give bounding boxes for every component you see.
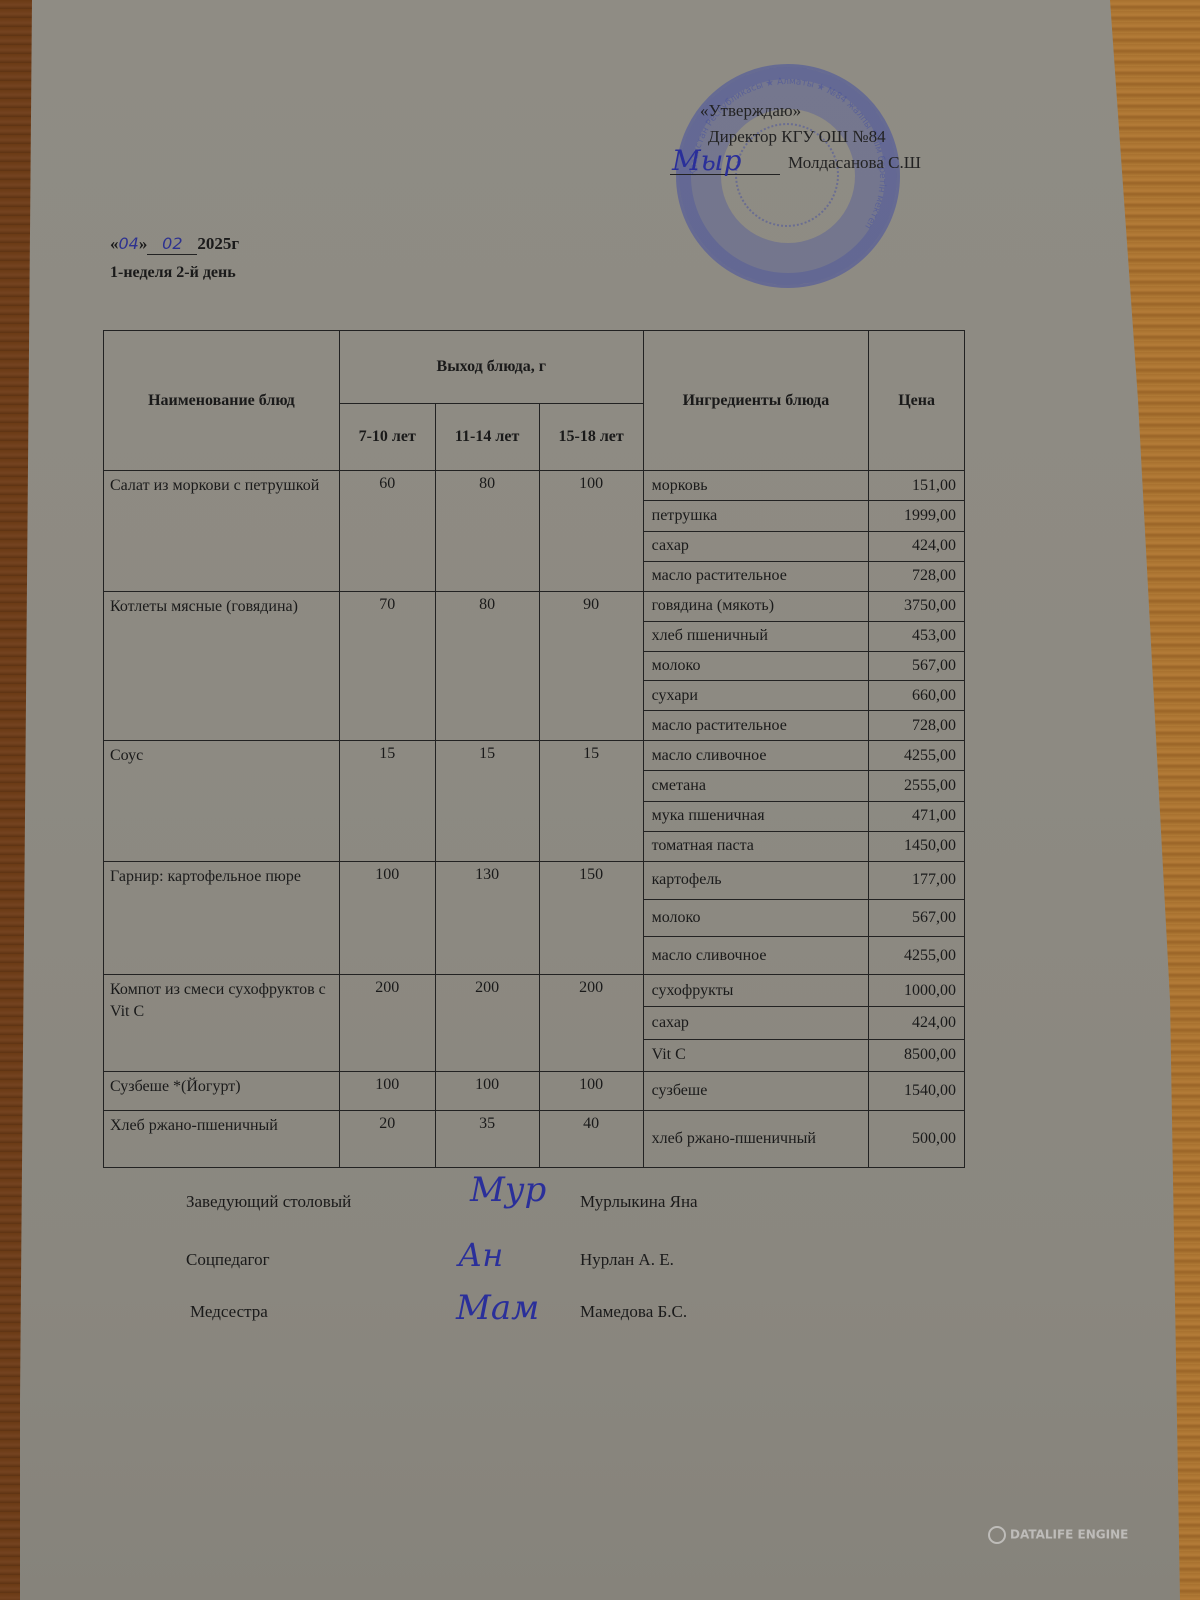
document: Қазақстан Республикасы ★ Алматы ★ №84 жа… — [0, 0, 1200, 1600]
ingredient-name: морковь — [643, 471, 869, 501]
signer-name: Мурлыкина Яна — [580, 1192, 698, 1212]
ingredient-name: картофель — [643, 862, 869, 900]
watermark: DATALIFE ENGINE — [988, 1526, 1128, 1544]
ingredient-price: 1000,00 — [869, 975, 965, 1007]
ingredient-name: Vit C — [643, 1039, 869, 1071]
header-price: Цена — [869, 331, 965, 471]
table-row: Соус151515масло сливочное4255,00 — [104, 741, 965, 771]
dish-name: Хлеб ржано-пшеничный — [104, 1111, 340, 1168]
header-age-7-10: 7-10 лет — [339, 404, 435, 471]
date: «04»022025г — [110, 234, 239, 255]
signer-signature: Мам — [456, 1288, 539, 1328]
watermark-logo-icon — [988, 1526, 1006, 1544]
signer-name: Мамедова Б.С. — [580, 1302, 687, 1322]
header-ingredients: Ингредиенты блюда — [643, 331, 869, 471]
ingredient-price: 177,00 — [869, 862, 965, 900]
header-dish-name: Наименование блюд — [104, 331, 340, 471]
dish-output: 60 — [339, 471, 435, 592]
table-row: Хлеб ржано-пшеничный203540хлеб ржано-пше… — [104, 1111, 965, 1168]
ingredient-price: 567,00 — [869, 651, 965, 681]
dish-name: Компот из смеси сухофруктов с Vit C — [104, 975, 340, 1072]
dish-name: Гарнир: картофельное пюре — [104, 862, 340, 975]
signer-name: Нурлан А. Е. — [580, 1250, 674, 1270]
ingredient-price: 424,00 — [869, 531, 965, 561]
ingredient-price: 728,00 — [869, 561, 965, 591]
date-day: 04 — [119, 234, 139, 253]
dish-output: 35 — [435, 1111, 539, 1168]
dish-output: 200 — [339, 975, 435, 1072]
ingredient-price: 424,00 — [869, 1007, 965, 1039]
date-year: 2025г — [197, 234, 239, 253]
dish-output: 100 — [435, 1072, 539, 1111]
dish-output: 80 — [435, 592, 539, 741]
dish-output: 15 — [435, 741, 539, 862]
ingredient-name: сметана — [643, 771, 869, 801]
ingredient-name: масло сливочное — [643, 741, 869, 771]
ingredient-name: говядина (мякоть) — [643, 592, 869, 622]
ingredient-price: 4255,00 — [869, 937, 965, 975]
ingredient-price: 1450,00 — [869, 831, 965, 861]
signer-role: Медсестра — [190, 1302, 268, 1322]
director-signature: Мыр — [672, 144, 741, 177]
dish-output: 90 — [539, 592, 643, 741]
header-age-11-14: 11-14 лет — [435, 404, 539, 471]
dish-name: Котлеты мясные (говядина) — [104, 592, 340, 741]
ingredient-price: 3750,00 — [869, 592, 965, 622]
dish-output: 100 — [339, 1072, 435, 1111]
dish-output: 150 — [539, 862, 643, 975]
table-row: Сузбеше *(Йогурт)100100100сузбеше1540,00 — [104, 1072, 965, 1111]
ingredient-name: томатная паста — [643, 831, 869, 861]
table-row: Гарнир: картофельное пюре100130150картоф… — [104, 862, 965, 900]
ingredient-price: 728,00 — [869, 711, 965, 741]
table-row: Салат из моркови с петрушкой6080100морко… — [104, 471, 965, 501]
approval-director-name: Молдасанова С.Ш — [788, 148, 921, 178]
ingredient-price: 500,00 — [869, 1111, 965, 1168]
dish-output: 200 — [539, 975, 643, 1072]
signer-signature: Ан — [458, 1236, 503, 1274]
dish-name: Салат из моркови с петрушкой — [104, 471, 340, 592]
ingredient-price: 1999,00 — [869, 501, 965, 531]
ingredient-name: петрушка — [643, 501, 869, 531]
dish-output: 100 — [539, 1072, 643, 1111]
dish-output: 20 — [339, 1111, 435, 1168]
ingredient-price: 151,00 — [869, 471, 965, 501]
dish-output: 100 — [339, 862, 435, 975]
ingredient-name: сухари — [643, 681, 869, 711]
dish-output: 130 — [435, 862, 539, 975]
ingredient-name: масло растительное — [643, 561, 869, 591]
ingredient-price: 453,00 — [869, 621, 965, 651]
dish-name: Сузбеше *(Йогурт) — [104, 1072, 340, 1111]
ingredient-name: сахар — [643, 1007, 869, 1039]
ingredient-name: масло сливочное — [643, 937, 869, 975]
ingredient-price: 4255,00 — [869, 741, 965, 771]
signer-role: Соцпедагог — [186, 1250, 270, 1270]
ingredient-name: масло растительное — [643, 711, 869, 741]
week-day-label: 1-неделя 2-й день — [110, 264, 236, 282]
signer-role: Заведующий столовый — [186, 1192, 351, 1212]
signer-signature: Мур — [470, 1170, 546, 1210]
ingredient-price: 471,00 — [869, 801, 965, 831]
ingredient-name: молоко — [643, 651, 869, 681]
ingredient-name: мука пшеничная — [643, 801, 869, 831]
ingredient-price: 2555,00 — [869, 771, 965, 801]
ingredient-price: 1540,00 — [869, 1072, 965, 1111]
header-output: Выход блюда, г — [339, 331, 643, 404]
dish-output: 200 — [435, 975, 539, 1072]
header-age-15-18: 15-18 лет — [539, 404, 643, 471]
ingredient-name: хлеб ржано-пшеничный — [643, 1111, 869, 1168]
dish-output: 40 — [539, 1111, 643, 1168]
dish-output: 15 — [539, 741, 643, 862]
ingredient-price: 567,00 — [869, 899, 965, 937]
ingredient-price: 8500,00 — [869, 1039, 965, 1071]
table-row: Котлеты мясные (говядина)708090говядина … — [104, 592, 965, 622]
dish-output: 100 — [539, 471, 643, 592]
dish-name: Соус — [104, 741, 340, 862]
ingredient-price: 660,00 — [869, 681, 965, 711]
ingredient-name: хлеб пшеничный — [643, 621, 869, 651]
ingredient-name: сахар — [643, 531, 869, 561]
table-row: Компот из смеси сухофруктов с Vit C20020… — [104, 975, 965, 1007]
ingredient-name: сузбеше — [643, 1072, 869, 1111]
ingredient-name: сухофрукты — [643, 975, 869, 1007]
menu-table: Наименование блюд Выход блюда, г Ингреди… — [103, 330, 965, 1168]
dish-output: 80 — [435, 471, 539, 592]
ingredient-name: молоко — [643, 899, 869, 937]
dish-output: 15 — [339, 741, 435, 862]
date-month: 02 — [162, 234, 182, 253]
dish-output: 70 — [339, 592, 435, 741]
